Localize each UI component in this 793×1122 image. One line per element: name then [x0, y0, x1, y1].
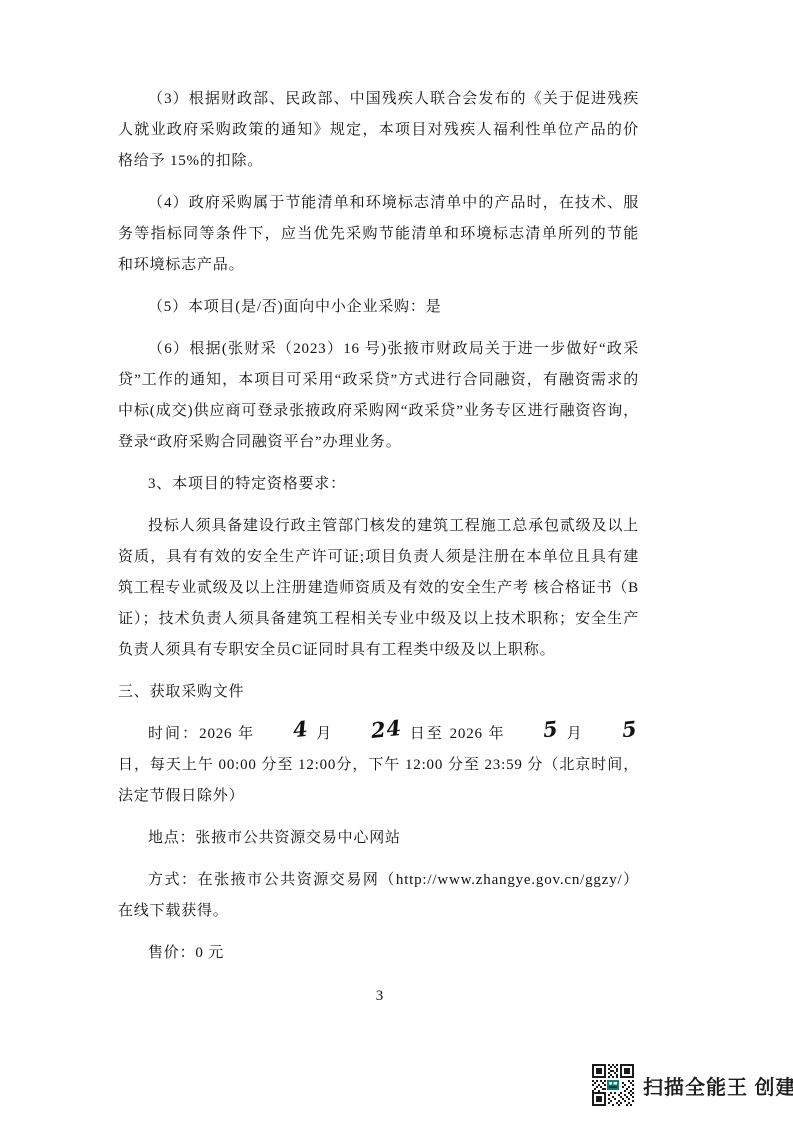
section-heading-obtain-documents: 三、获取采购文件 — [118, 677, 639, 708]
scanner-watermark: 扫描全能王 创建 — [592, 1064, 793, 1106]
time-text-segment: 日，每天上午 00:00 分至 12:00分，下午 12:00 分至 23:59… — [118, 757, 639, 804]
paragraph-sme: （5）本项目(是/否)面向中小企业采购：是 — [118, 292, 639, 323]
document-content: （3）根据财政部、民政部、中国残疾人联合会发布的《关于促进残疾人就业政府采购政策… — [118, 84, 639, 980]
paragraph-price: 售价：0 元 — [118, 938, 639, 969]
page-number: 3 — [0, 988, 793, 1005]
paragraph-energy-label: （4）政府采购属于节能清单和环境标志清单中的产品时，在技术、服务等指标同等条件下… — [118, 188, 639, 281]
watermark-label: 扫描全能王 创建 — [643, 1071, 793, 1100]
paragraph-zhengcaidai: （6）根据(张财采（2023）16 号)张掖市财政局关于进一步做好“政采贷”工作… — [118, 334, 639, 458]
time-text-segment: 月 — [561, 726, 590, 742]
paragraph-method: 方式：在张掖市公共资源交易网（http://www.zhangye.gov.cn… — [118, 865, 639, 927]
document-page: （3）根据财政部、民政部、中国残疾人联合会发布的《关于促进残疾人就业政府采购政策… — [0, 0, 793, 1122]
handwritten-end-month: 5 — [511, 717, 562, 743]
handwritten-start-day: 24 — [338, 717, 405, 745]
time-text-segment: 日至 2026 年 — [404, 726, 512, 742]
handwritten-end-day: 5 — [589, 717, 640, 743]
paragraph-location: 地点：张掖市公共资源交易中心网站 — [118, 823, 639, 854]
paragraph-time: 时间：2026 年 4 月 24 日至 2026 年 5 月 5 日，每天上午 … — [118, 719, 639, 812]
heading-specific-qualification: 3、本项目的特定资格要求： — [118, 469, 639, 500]
handwritten-start-month: 4 — [260, 717, 311, 743]
paragraph-qualification-details: 投标人须具备建设行政主管部门核发的建筑工程施工总承包贰级及以上资质，具有有效的安… — [118, 511, 639, 666]
paragraph-disabled-welfare: （3）根据财政部、民政部、中国残疾人联合会发布的《关于促进残疾人就业政府采购政策… — [118, 84, 639, 177]
time-text-segment: 月 — [310, 726, 339, 742]
qr-code-icon — [592, 1064, 634, 1106]
time-text-segment: 时间：2026 年 — [148, 726, 261, 742]
